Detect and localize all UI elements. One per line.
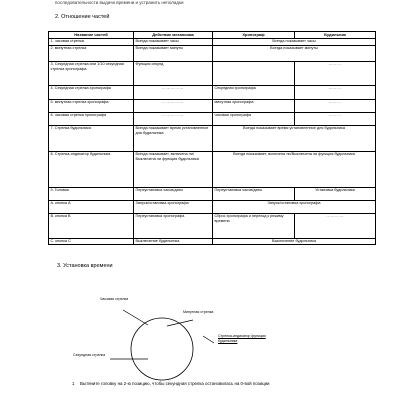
dial-circle	[131, 318, 193, 380]
minute-hand-label: Минутная стрелка	[183, 310, 213, 314]
instruction-text: Вытяните головку на 2-ю позицию, чтобы с…	[80, 381, 270, 386]
hour-hand-pointer	[123, 310, 148, 325]
instruction-number: 1	[72, 380, 74, 388]
alarm-indicator-pointer	[203, 336, 214, 343]
minute-hand-pointer	[167, 320, 193, 326]
alarm-indicator-label: Стрелка-индикатор функции будильника	[218, 334, 272, 344]
hour-hand-label: Часовая стрелка	[100, 297, 128, 301]
instruction-step: 1 Вытяните головку на 2-ю позицию, чтобы…	[80, 380, 380, 388]
watch-dial-diagram	[0, 0, 400, 400]
second-hand-label: Секундная стрелка	[73, 353, 105, 357]
